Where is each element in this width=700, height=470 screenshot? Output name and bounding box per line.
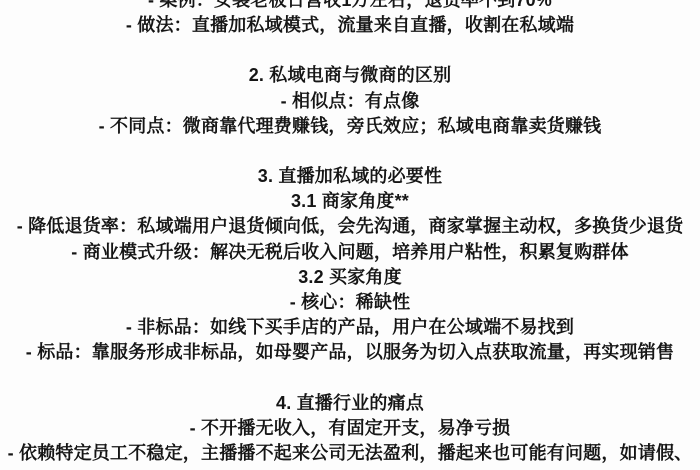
doc-line-core: - 核心：稀缺性 bbox=[0, 290, 700, 315]
doc-line-staff-dependency: - 依赖特定员工不稳定，主播播不起来公司无法盈利，播起来也可能有问题，如请假、 bbox=[0, 441, 700, 466]
doc-line-case: - 案例：女装老板日营收1万左右，退货率不到70% bbox=[0, 0, 700, 13]
notes-text-block: - 案例：女装老板日营收1万左右，退货率不到70% - 做法：直播加私域模式，流… bbox=[0, 0, 700, 466]
doc-line-method: - 做法：直播加私域模式，流量来自直播，收割在私域端 bbox=[0, 13, 700, 38]
doc-subheading-3-1: 3.1 商家角度** bbox=[0, 189, 700, 214]
doc-subheading-3-2: 3.2 买家角度 bbox=[0, 265, 700, 290]
doc-line-non-standard-product: - 非标品：如线下买手店的产品，用户在公域端不易找到 bbox=[0, 315, 700, 340]
doc-heading-section-3: 3. 直播加私域的必要性 bbox=[0, 164, 700, 189]
doc-line-lower-return-rate: - 降低退货率：私域端用户退货倾向低，会先沟通，商家掌握主动权，多换货少退货 bbox=[0, 214, 700, 239]
doc-line-no-broadcast-no-income: - 不开播无收入，有固定开支，易净亏损 bbox=[0, 416, 700, 441]
doc-line-difference: - 不同点：微商靠代理费赚钱，旁氏效应；私域电商靠卖货赚钱 bbox=[0, 114, 700, 139]
doc-line-standard-product: - 标品：靠服务形成非标品，如母婴产品，以服务为切入点获取流量，再实现销售 bbox=[0, 340, 700, 365]
doc-heading-section-4: 4. 直播行业的痛点 bbox=[0, 391, 700, 416]
doc-heading-section-2: 2. 私域电商与微商的区别 bbox=[0, 63, 700, 88]
doc-line-business-model: - 商业模式升级：解决无税后收入问题，培养用户粘性，积累复购群体 bbox=[0, 240, 700, 265]
document-page: - 案例：女装老板日营收1万左右，退货率不到70% - 做法：直播加私域模式，流… bbox=[0, 0, 700, 470]
doc-line-similarity: - 相似点：有点像 bbox=[0, 89, 700, 114]
